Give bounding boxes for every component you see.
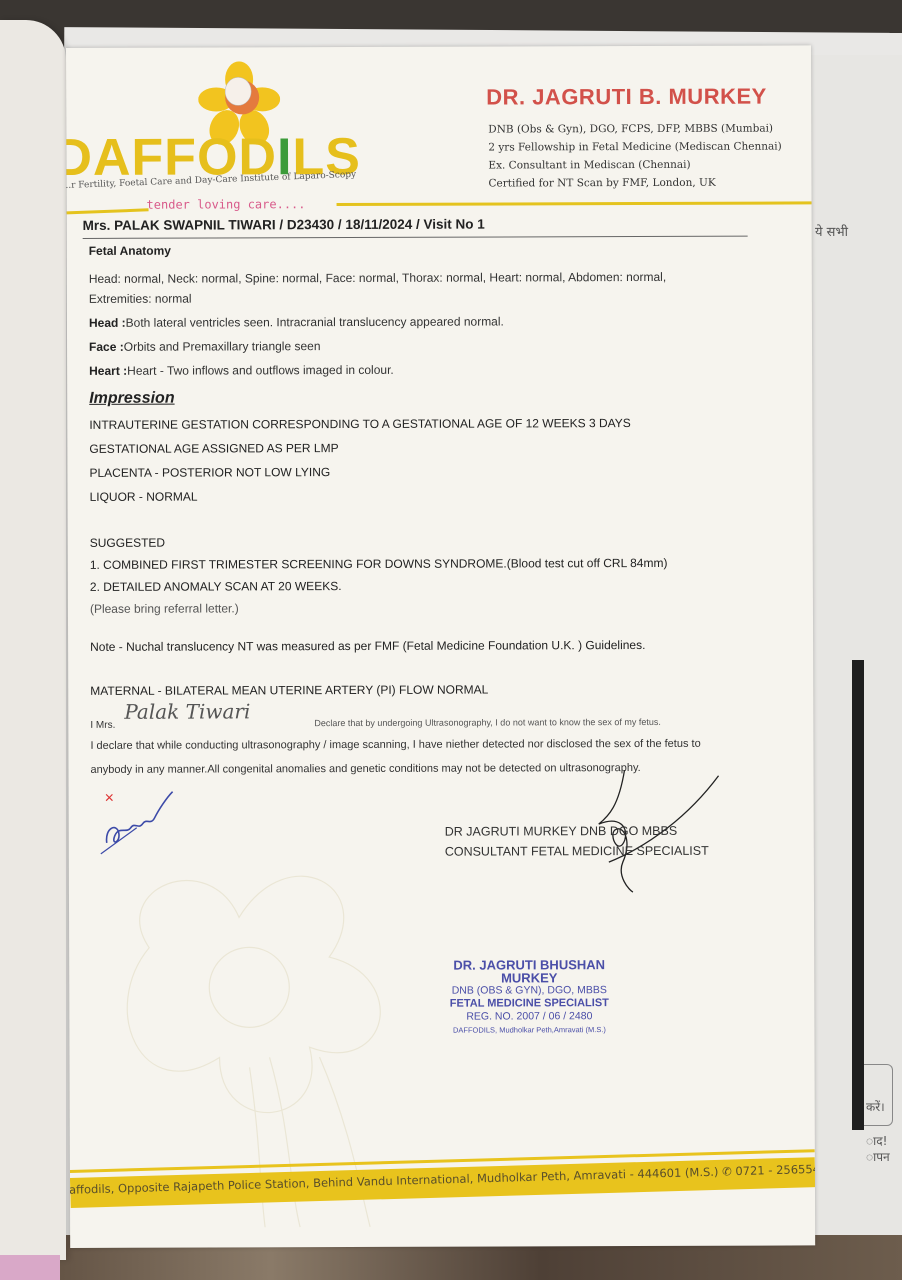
stamp-specialty: FETAL MEDICINE SPECIALIST bbox=[439, 997, 619, 1011]
tagline-rule-right bbox=[337, 201, 812, 206]
clinic-tagline: tender loving care.... bbox=[147, 197, 306, 212]
hindi-text-bottom1: ाद! bbox=[866, 1132, 887, 1149]
fetal-anatomy-summary: Head: normal, Neck: normal, Spine: norma… bbox=[89, 270, 666, 286]
anatomy-detail-face: Face :Orbits and Premaxillary triangle s… bbox=[89, 339, 321, 354]
declaration-line-2: I declare that while conducting ultrason… bbox=[90, 738, 700, 752]
anatomy-detail-head: Head :Both lateral ventricles seen. Intr… bbox=[89, 314, 504, 329]
doctor-qualifications: DNB (Obs & Gyn), DGO, FCPS, DFP, MBBS (M… bbox=[488, 120, 782, 193]
declaration-prefix: I Mrs. bbox=[90, 720, 115, 731]
stamp-reg-no: REG. NO. 2007 / 06 / 2480 bbox=[439, 1010, 619, 1024]
qualification-line: DNB (Obs & Gyn), DGO, FCPS, DFP, MBBS (M… bbox=[488, 120, 781, 139]
suggested-item: 1. COMBINED FIRST TRIMESTER SCREENING FO… bbox=[90, 556, 668, 572]
handwritten-patient-name: Palak Tiwari bbox=[124, 699, 250, 723]
maternal-finding: MATERNAL - BILATERAL MEAN UTERINE ARTERY… bbox=[90, 683, 488, 698]
left-page bbox=[0, 20, 66, 1260]
tagline-rule-left bbox=[67, 208, 149, 214]
impression-line: PLACENTA - POSTERIOR NOT LOW LYING bbox=[89, 465, 330, 480]
nt-note: Note - Nuchal translucency NT was measur… bbox=[90, 638, 645, 654]
impression-line: GESTATIONAL AGE ASSIGNED AS PER LMP bbox=[89, 441, 338, 456]
impression-line: INTRAUTERINE GESTATION CORRESPONDING TO … bbox=[89, 416, 630, 432]
patient-header: Mrs. PALAK SWAPNIL TIWARI / D23430 / 18/… bbox=[83, 217, 485, 233]
signatory-title: CONSULTANT FETAL MEDICINE SPECIALIST bbox=[445, 844, 709, 859]
doctor-name: DR. JAGRUTI B. MURKEY bbox=[486, 84, 767, 111]
suggested-title: SUGGESTED bbox=[90, 536, 165, 550]
suggested-note: (Please bring referral letter.) bbox=[90, 601, 239, 616]
patient-signature-icon bbox=[97, 788, 187, 858]
stamp-address: DAFFODILS, Mudholkar Peth,Amravati (M.S.… bbox=[439, 1023, 619, 1037]
pink-strip bbox=[0, 1255, 60, 1280]
signatory-name: DR JAGRUTI MURKEY DNB DGO MBBS bbox=[445, 824, 677, 839]
impression-title: Impression bbox=[89, 390, 174, 408]
hindi-text-top: ये सभी bbox=[815, 222, 848, 240]
qualification-line: Certified for NT Scan by FMF, London, UK bbox=[488, 174, 781, 193]
declaration-line-1: Declare that by undergoing Ultrasonograp… bbox=[314, 717, 661, 728]
declaration-line-3: anybody in any manner.All congenital ano… bbox=[90, 762, 640, 776]
qualification-line: Ex. Consultant in Mediscan (Chennai) bbox=[488, 156, 781, 175]
patient-rule bbox=[83, 236, 748, 239]
stamp-quals: DNB (OBS & GYN), DGO, MBBS bbox=[439, 984, 619, 998]
hindi-box bbox=[862, 1064, 893, 1126]
qualification-line: 2 yrs Fellowship in Fetal Medicine (Medi… bbox=[488, 138, 781, 157]
fetal-anatomy-title: Fetal Anatomy bbox=[89, 244, 171, 258]
hindi-text-box: करें। bbox=[866, 1098, 885, 1115]
anatomy-detail-heart: Heart :Heart - Two inflows and outflows … bbox=[89, 363, 394, 378]
impression-line: LIQUOR - NORMAL bbox=[90, 490, 198, 504]
fetal-anatomy-summary-2: Extremities: normal bbox=[89, 292, 192, 306]
report-page: DAFFODILS ...r Fertility, Foetal Care an… bbox=[66, 45, 815, 1248]
binder-edge bbox=[852, 660, 864, 1130]
doctor-stamp: DR. JAGRUTI BHUSHAN MURKEY DNB (OBS & GY… bbox=[439, 958, 619, 1037]
suggested-item: 2. DETAILED ANOMALY SCAN AT 20 WEEKS. bbox=[90, 579, 342, 594]
hindi-text-bottom2: ापन bbox=[866, 1148, 890, 1165]
stamp-name: DR. JAGRUTI BHUSHAN MURKEY bbox=[439, 958, 619, 985]
